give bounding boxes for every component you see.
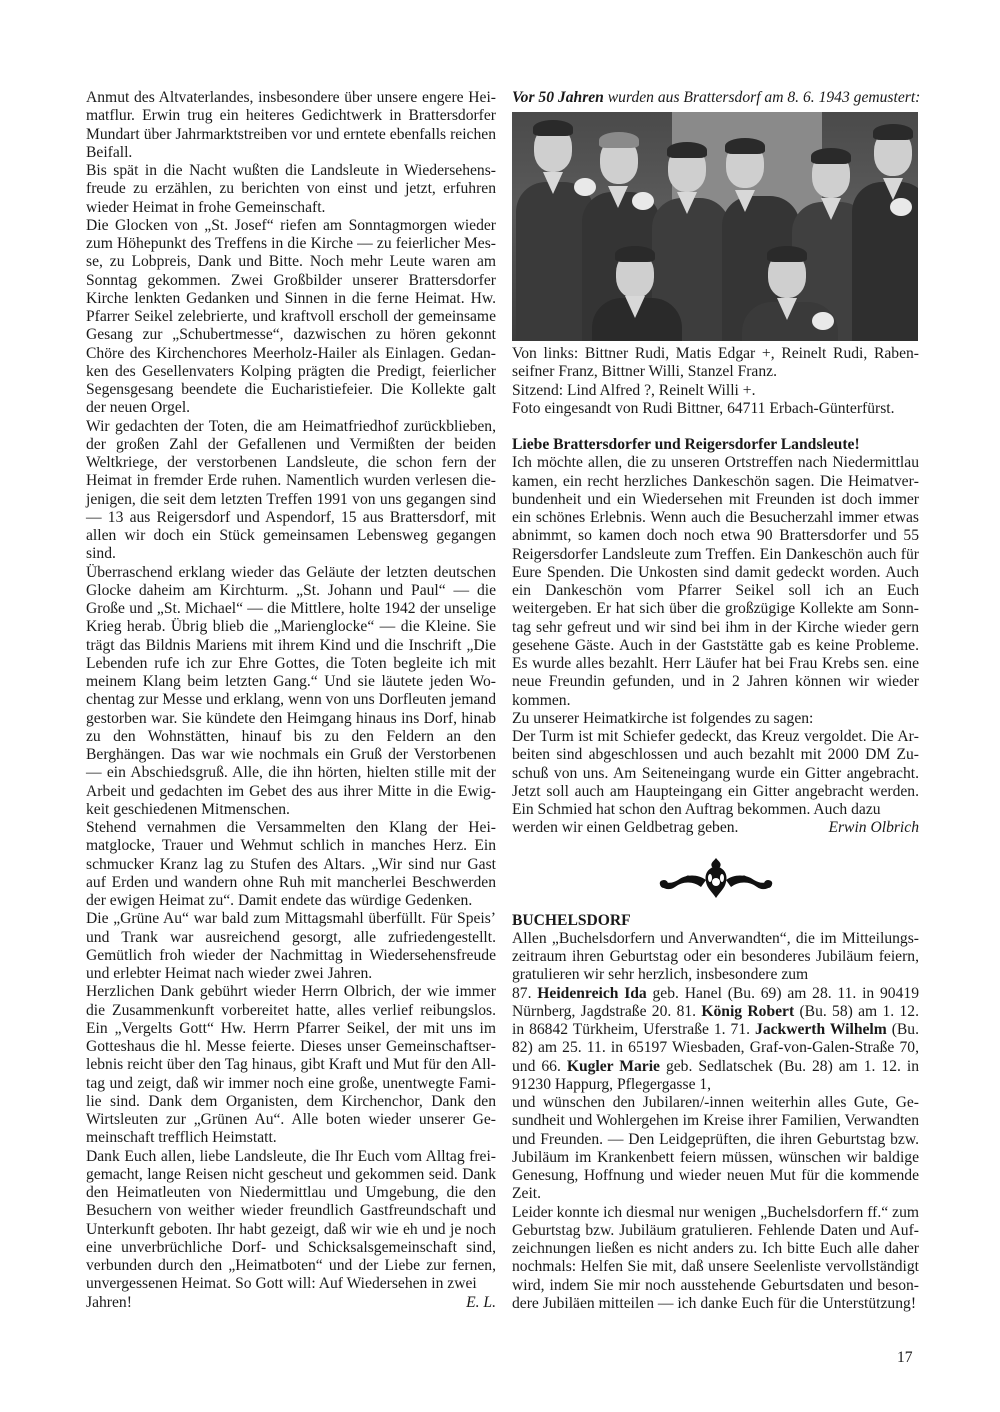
birthday-name: Jackwerth Wilhelm (755, 1021, 887, 1038)
group-photo (512, 112, 918, 341)
caption-line: Foto eingesandt von Rudi Bittner, 64711 … (512, 400, 919, 418)
birthday-age: 71. (731, 1021, 751, 1038)
boutonniere-icon (812, 312, 834, 330)
fleuron-ornament-icon (512, 856, 919, 902)
letter-signature-line: werden wir einen Geldbetrag geben. Erwin… (512, 819, 919, 837)
birthday-age: 81. (677, 1003, 697, 1020)
boutonniere-icon (890, 198, 912, 216)
caption-line: Von links: Bittner Rudi, Matis Edgar +, … (512, 345, 919, 382)
article-signature-line: Jahren! E. L. (86, 1294, 496, 1312)
article-paragraph: Wir gedachten der Toten, die am Heimatfr… (86, 418, 496, 564)
article-paragraph: Die „Grüne Au“ war bald zum Mittagsmahl … (86, 910, 496, 983)
birthday-name: Kugler Marie (567, 1058, 660, 1075)
section-paragraph: Leider konnte ich diesmal nur wenigen „B… (512, 1204, 919, 1314)
birthday-age: 66. (541, 1058, 561, 1075)
birthday-name: König Robert (701, 1003, 794, 1020)
section-intro: Allen „Buchelsdorfern und Anverwandten“,… (512, 930, 919, 985)
boutonniere-icon (574, 178, 596, 196)
letter-paragraph: Der Turm ist mit Schiefer gedeckt, das K… (512, 728, 919, 819)
letter-heading: Liebe Brattersdorfer und Reigersdorfer L… (512, 436, 919, 454)
photo-title-bold: Vor 50 Jahren (512, 89, 604, 106)
article-paragraph: Dank Euch allen, liebe Landsleute, die I… (86, 1148, 496, 1294)
buchelsdorf-section: BUCHELSDORF Allen „Buchelsdorfern und An… (512, 912, 919, 1314)
left-column: Anmut des Altvaterlandes, insbesondere ü… (86, 89, 496, 1312)
article-paragraph: Herzlichen Dank gebührt wieder Herrn Olb… (86, 983, 496, 1147)
article-paragraph: Überraschend erklang wieder das Geläute … (86, 564, 496, 820)
article-paragraph: Stehend vernahmen die Versammelten den K… (86, 819, 496, 910)
article-paragraph: Anmut des Altvaterlandes, insbesondere ü… (86, 89, 496, 162)
page-number: 17 (897, 1349, 913, 1367)
photo-title-rest: wurden aus Brattersdorf am 8. 6. 1943 ge… (604, 89, 921, 106)
caption-line: Sitzend: Lind Alfred ?, Reinelt Willi +. (512, 382, 919, 400)
birthday-list: 87. Heidenreich Ida geb. Hanel (Bu. 69) … (512, 985, 919, 1095)
article-paragraph: Bis spät in die Nacht wußten die Landsle… (86, 162, 496, 217)
closing-text: werden wir einen Geldbetrag geben. (512, 819, 738, 837)
photo-caption: Von links: Bittner Rudi, Matis Edgar +, … (512, 345, 919, 418)
closing-text: Jahren! (86, 1294, 132, 1312)
section-paragraph: und wünschen den Jubilaren/-innen weiter… (512, 1094, 919, 1204)
photo-title: Vor 50 Jahren wurden aus Brattersdorf am… (512, 89, 919, 107)
birthday-age: 87. (512, 985, 532, 1002)
letter-paragraph: Ich möchte allen, die zu unseren Ortstre… (512, 454, 919, 710)
letter-paragraph: Zu unserer Heimatkirche ist folgendes zu… (512, 710, 919, 728)
right-column: Vor 50 Jahren wurden aus Brattersdorf am… (512, 89, 919, 1313)
section-title: BUCHELSDORF (512, 912, 919, 930)
boutonniere-icon (632, 192, 654, 210)
birthday-name: Heidenreich Ida (537, 985, 646, 1002)
article-paragraph: Die Glocken von „St. Josef“ riefen am So… (86, 217, 496, 418)
author-name: Erwin Olbrich (828, 819, 919, 837)
letter-section: Liebe Brattersdorfer und Reigersdorfer L… (512, 436, 919, 838)
author-initials: E. L. (466, 1294, 496, 1312)
